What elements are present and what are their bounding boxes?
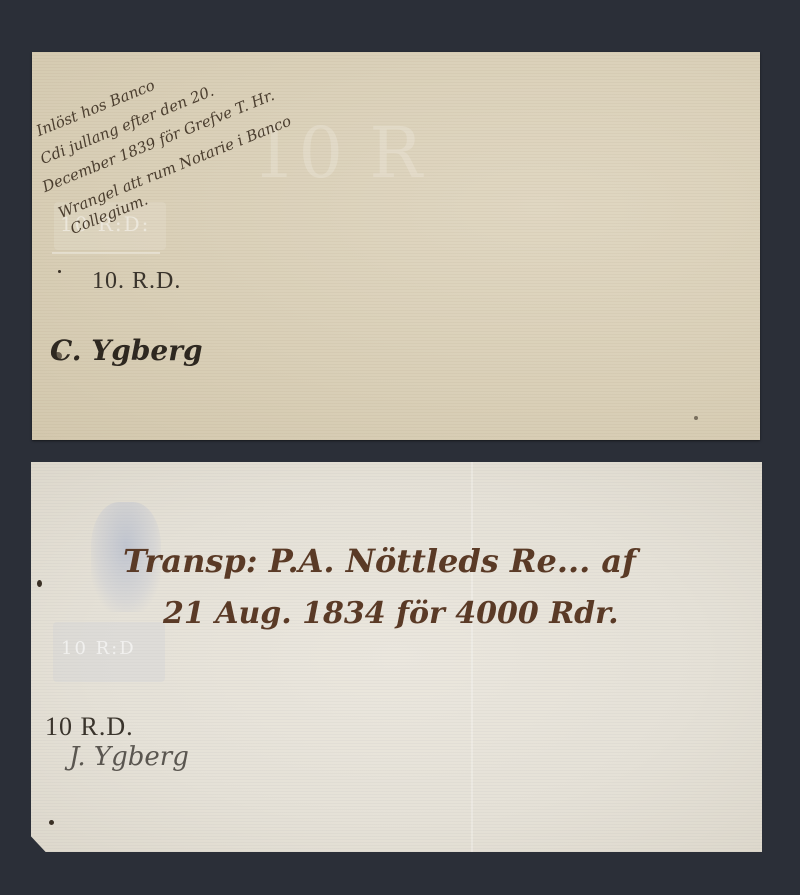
cashier-signature: C. Ygberg <box>50 334 203 367</box>
handwritten-transfer-line-1: Transp: P.A. Nöttleds Re... af <box>123 542 636 580</box>
ink-speck <box>58 270 61 273</box>
ink-speck <box>37 580 42 587</box>
fold-line <box>52 252 160 254</box>
banknote-top: 10 R 10 R:D: Inlöst hos Banco Cdi jullan… <box>32 52 760 440</box>
banknote-bottom: 10 R:D Transp: P.A. Nöttleds Re... af 21… <box>31 462 762 852</box>
ink-speck <box>49 820 54 825</box>
denomination-stamp: 10 R.D. <box>45 712 134 742</box>
cashier-signature: J. Ygberg <box>69 742 189 772</box>
fold-line <box>471 462 473 852</box>
handwritten-transfer-line-2: 21 Aug. 1834 för 4000 Rdr. <box>163 596 619 631</box>
denomination-stamp: 10. R.D. <box>92 268 181 295</box>
ghost-denomination-text: 10 R:D <box>61 638 136 659</box>
ink-speck <box>694 416 698 420</box>
